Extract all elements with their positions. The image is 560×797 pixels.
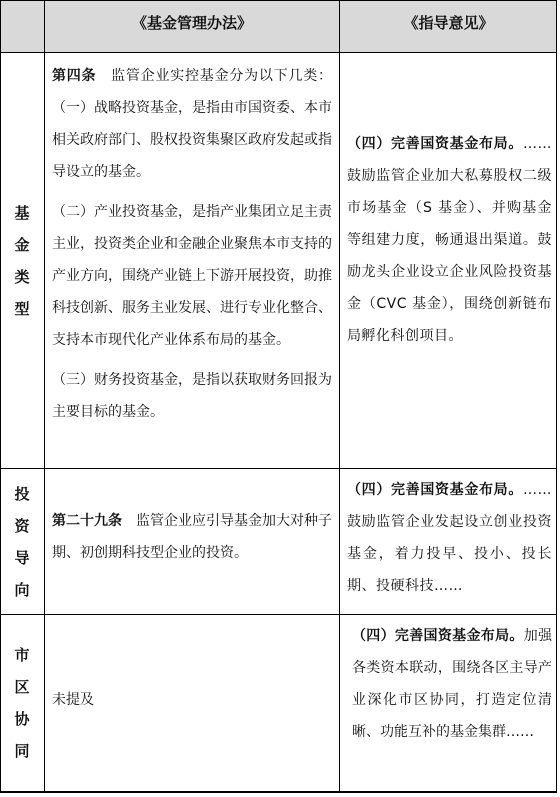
label-char: 市: [14, 639, 29, 671]
comparison-table: 《基金管理办法》 《指导意见》 基 金 类 型 第四条 监管企业实控基金分为以下…: [0, 0, 557, 791]
paragraph: （四）完善国资基金布局。……鼓励监管企业发起设立创业投资基金，着力投早、投小、投…: [347, 474, 552, 602]
paragraph-text: （三）财务投资基金，是指以获取财务回报为主要目标的基金。: [52, 372, 332, 420]
border-header-bottom: [0, 52, 557, 53]
paragraph-text: ……鼓励监管企业发起设立创业投资基金，着力投早、投小、投长期、投硬科技……: [347, 482, 552, 594]
row2-measures-cell: 第二十九条 监管企业应引导基金加大对种子期、初创期科技型企业的投资。: [52, 505, 332, 569]
border-right: [556, 0, 557, 791]
label-char: 区: [14, 671, 29, 703]
paragraph: 第四条 监管企业实控基金分为以下几类：（一）战略投资基金，是指由市国资委、本市相…: [52, 60, 332, 188]
row-label-city-district-coordination: 市 区 协 同: [0, 615, 44, 791]
border-row1-bottom: [0, 468, 557, 469]
section-title: （四）完善国资基金布局。: [347, 136, 523, 152]
label-char: 资: [14, 510, 29, 542]
article-title: 第四条: [52, 68, 96, 84]
row3-measures-cell: 未提及: [52, 684, 332, 716]
paragraph-text: 未提及: [52, 692, 94, 708]
border-row2-bottom: [0, 614, 557, 615]
paragraph: （二）产业投资基金，是指产业集团立足主责主业，投资类企业和金融企业聚焦本市支持的…: [52, 196, 332, 356]
paragraph: （四）完善国资基金布局。加强各类资本联动，围绕各区主导产业深化市区协同，打造定位…: [352, 620, 552, 748]
label-char: 基: [14, 197, 29, 229]
border-left: [0, 0, 1, 791]
paragraph-text: ……鼓励监管企业加大私募股权二级市场基金（S 基金）、并购基金等组建力度，畅通退…: [347, 136, 552, 344]
row3-opinions-cell: （四）完善国资基金布局。加强各类资本联动，围绕各区主导产业深化市区协同，打造定位…: [352, 620, 552, 748]
article-title: 第二十九条: [52, 513, 122, 529]
paragraph: （四）完善国资基金布局。……鼓励监管企业加大私募股权二级市场基金（S 基金）、并…: [347, 128, 552, 352]
label-char: 协: [14, 703, 29, 735]
label-char: 向: [14, 574, 29, 606]
border-middle-column: [339, 0, 340, 791]
label-char: 同: [14, 735, 29, 767]
row2-opinions-cell: （四）完善国资基金布局。……鼓励监管企业发起设立创业投资基金，着力投早、投小、投…: [347, 474, 552, 602]
row-label-investment-orientation: 投 资 导 向: [0, 469, 44, 614]
paragraph-text: 监管企业实控基金分为以下几类：（一）战略投资基金，是指由市国资委、本市相关政府部…: [52, 68, 332, 180]
label-char: 类: [14, 261, 29, 293]
header-guiding-opinions: 《指导意见》: [340, 1, 557, 52]
row-label-fund-type: 基 金 类 型: [0, 53, 44, 468]
label-char: 型: [14, 293, 29, 325]
border-bottom: [0, 791, 557, 793]
paragraph-text: （二）产业投资基金，是指产业集团立足主责主业，投资类企业和金融企业聚焦本市支持的…: [52, 204, 332, 348]
row1-measures-cell: 第四条 监管企业实控基金分为以下几类：（一）战略投资基金，是指由市国资委、本市相…: [52, 60, 332, 428]
border-top: [0, 0, 557, 1]
label-char: 投: [14, 478, 29, 510]
header-cell-empty: [0, 1, 44, 52]
label-char: 金: [14, 229, 29, 261]
header-fund-management-measures: 《基金管理办法》: [45, 1, 339, 52]
paragraph: 第二十九条 监管企业应引导基金加大对种子期、初创期科技型企业的投资。: [52, 505, 332, 569]
label-char: 导: [14, 542, 29, 574]
section-title: （四）完善国资基金布局。: [347, 482, 523, 498]
row1-opinions-cell: （四）完善国资基金布局。……鼓励监管企业加大私募股权二级市场基金（S 基金）、并…: [347, 128, 552, 352]
section-title: （四）完善国资基金布局。: [352, 628, 524, 644]
border-label-column: [44, 0, 45, 791]
paragraph: （三）财务投资基金，是指以获取财务回报为主要目标的基金。: [52, 364, 332, 428]
paragraph-text: 加强各类资本联动，围绕各区主导产业深化市区协同，打造定位清晰、功能互补的基金集群…: [352, 628, 552, 740]
paragraph: 未提及: [52, 684, 332, 716]
